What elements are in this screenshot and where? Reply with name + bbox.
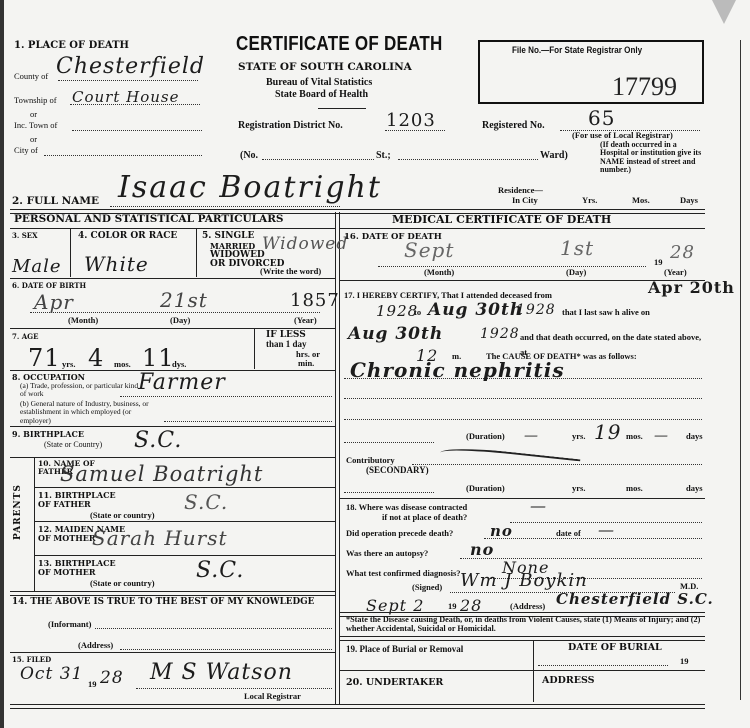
attended-from: Apr 20th bbox=[648, 278, 735, 297]
duration2-label: (Duration) bbox=[466, 484, 505, 493]
medical-section-title: MEDICAL CERTIFICATE OF DEATH bbox=[392, 214, 611, 226]
dod-year-caption: (Year) bbox=[664, 268, 687, 277]
row-rule-2 bbox=[10, 328, 335, 329]
cause-line-3 bbox=[344, 419, 702, 420]
file-number: 17799 bbox=[612, 72, 677, 102]
residence-mos: Mos. bbox=[632, 196, 650, 205]
registered-label: Registered No. bbox=[482, 120, 545, 131]
informant-line bbox=[95, 628, 332, 629]
reg-district-value: 1203 bbox=[386, 110, 436, 131]
certify-line: 17. I HEREBY CERTIFY, That I attended de… bbox=[344, 291, 552, 300]
duration-yrs-caption: yrs. bbox=[572, 432, 585, 441]
duration-prefix-line bbox=[344, 442, 434, 443]
medical-title-rule bbox=[340, 228, 705, 229]
burial-rule bbox=[340, 670, 705, 671]
birthplace-value: S.C. bbox=[134, 428, 182, 453]
min-caption: min. bbox=[298, 359, 314, 368]
operation-label: Did operation precede death? bbox=[346, 529, 453, 538]
hospital-note: (If death occurred in a Hospital or inst… bbox=[600, 141, 702, 175]
or-1: or bbox=[30, 110, 37, 119]
registrar-signature: M S Watson bbox=[150, 660, 293, 685]
q18-label-1: 18. Where was disease contracted bbox=[346, 503, 467, 512]
sign-year-prefix: 19 bbox=[448, 602, 457, 611]
residence-label: Residence— bbox=[498, 186, 543, 195]
duration-days-caption: days bbox=[686, 432, 703, 441]
age-yrs-caption: yrs. bbox=[62, 360, 75, 369]
dob-label: 6. DATE OF BIRTH bbox=[12, 282, 86, 290]
dod-line bbox=[378, 266, 646, 267]
residence-days: Days bbox=[680, 196, 698, 205]
occupation-value: Farmer bbox=[138, 370, 226, 395]
city-label: City of bbox=[14, 146, 38, 155]
father-name-value: Samuel Boatright bbox=[60, 462, 263, 486]
registrar-caption: Local Registrar bbox=[244, 692, 301, 701]
dob-day-caption: (Day) bbox=[170, 316, 190, 325]
medical-rule-4 bbox=[340, 636, 705, 641]
registered-note: (For use of Local Registrar) bbox=[572, 131, 673, 140]
in-city-label: In City bbox=[512, 196, 538, 205]
street-no-line bbox=[262, 159, 374, 160]
duration2-mos-caption: mos. bbox=[626, 484, 643, 493]
duration-mos: 19 bbox=[594, 420, 621, 444]
city-line bbox=[44, 155, 202, 156]
county-value: Chesterfield bbox=[56, 54, 205, 79]
dod-year: 28 bbox=[670, 242, 695, 263]
street-no-label: (No. bbox=[240, 150, 258, 161]
county-label: County of bbox=[14, 72, 48, 81]
marital-value: Widowed bbox=[262, 234, 348, 254]
last-saw-date: Aug 30th bbox=[348, 324, 443, 344]
duration2-yrs-caption: yrs. bbox=[572, 484, 585, 493]
mother-birthplace-value: S.C. bbox=[196, 558, 244, 583]
sign-address-label: (Address) bbox=[510, 602, 545, 611]
parents-label: PARENTS bbox=[14, 484, 24, 540]
race-divider bbox=[196, 229, 197, 277]
state-title: STATE OF SOUTH CAROLINA bbox=[238, 62, 412, 74]
marital-note: (Write the word) bbox=[260, 267, 321, 276]
age-mos-caption: mos. bbox=[114, 360, 131, 369]
autopsy-label: Was there an autopsy? bbox=[346, 549, 428, 558]
parents-divider bbox=[34, 458, 35, 592]
age-days: 11 bbox=[142, 344, 175, 372]
inc-town-label: Inc. Town of bbox=[14, 121, 57, 130]
attended-to-year: 1928 bbox=[516, 302, 556, 318]
bottom-rule-left bbox=[10, 704, 340, 709]
duration2-days-caption: days bbox=[686, 484, 703, 493]
burial-date-label: DATE OF BURIAL bbox=[568, 643, 662, 653]
autopsy-value: no bbox=[470, 540, 494, 559]
dob-year-caption: (Year) bbox=[294, 316, 317, 325]
sex-divider bbox=[70, 229, 71, 277]
dod-month-caption: (Month) bbox=[424, 268, 454, 277]
mother-birthplace-caption: (State or country) bbox=[90, 579, 155, 588]
medical-rule-2 bbox=[340, 498, 705, 499]
burial-year-prefix: 19 bbox=[680, 657, 689, 666]
sign-address-value: Chesterfield S.C. bbox=[556, 590, 714, 608]
dob-day: 21st bbox=[160, 288, 208, 312]
inc-town-line bbox=[72, 130, 202, 131]
certificate-title: CERTIFICATE OF DEATH bbox=[236, 33, 443, 56]
sex-label: 3. SEX bbox=[12, 232, 38, 240]
dod-month: Sept bbox=[404, 238, 454, 262]
row-rule-9 bbox=[10, 591, 335, 596]
mother-birthplace-label: 13. BIRTHPLACE OF MOTHER bbox=[38, 559, 128, 577]
mother-name-value: Sarah Hurst bbox=[92, 526, 228, 550]
board-title: State Board of Health bbox=[275, 89, 368, 100]
row-rule-6 bbox=[34, 487, 335, 488]
burial-divider bbox=[533, 640, 534, 702]
informant-label: (Informant) bbox=[48, 620, 91, 629]
attended-to: Aug 30th bbox=[428, 300, 523, 320]
signed-value: Wm J Boykin bbox=[460, 570, 588, 591]
duration-mos-caption: mos. bbox=[626, 432, 643, 441]
burial-date-line bbox=[538, 665, 668, 666]
full-name-label: 2. FULL NAME bbox=[12, 196, 99, 208]
filed-year: 28 bbox=[100, 668, 124, 688]
duration-yrs: — bbox=[524, 428, 539, 444]
occupation-line-a bbox=[120, 396, 332, 397]
burial-place-label: 19. Place of Burial or Removal bbox=[346, 645, 463, 655]
center-divider bbox=[335, 212, 340, 704]
dob-month: Apr bbox=[34, 290, 74, 314]
scan-corner-fold bbox=[712, 0, 736, 24]
informant-address-line bbox=[120, 649, 332, 650]
age-divider bbox=[254, 329, 255, 369]
street-line bbox=[398, 159, 538, 160]
file-box-label: File No.—For State Registrar Only bbox=[512, 45, 642, 56]
operation-line bbox=[484, 538, 702, 539]
father-birthplace-value: S.C. bbox=[184, 490, 228, 514]
street-label: St.; bbox=[376, 150, 391, 161]
last-saw-year: 1928 bbox=[480, 326, 520, 342]
to-label: to bbox=[414, 308, 421, 317]
row-rule-5 bbox=[10, 457, 335, 458]
burial-address-label: ADDRESS bbox=[542, 676, 595, 686]
autopsy-line bbox=[460, 558, 702, 559]
date-of-label: date of bbox=[556, 529, 581, 538]
q18-value: — bbox=[530, 496, 547, 515]
row-rule-7 bbox=[34, 521, 335, 522]
township-label: Township of bbox=[14, 96, 57, 105]
title-rule bbox=[318, 108, 366, 109]
signed-label: (Signed) bbox=[412, 583, 442, 592]
dod-day-caption: (Day) bbox=[566, 268, 586, 277]
footnote: *State the Disease causing Death, or, in… bbox=[346, 615, 706, 634]
attended-from-year: 1928 bbox=[376, 302, 418, 320]
birthplace-caption: (State or Country) bbox=[44, 441, 102, 450]
cause-line-2 bbox=[344, 398, 702, 399]
dob-month-caption: (Month) bbox=[68, 316, 98, 325]
race-value: White bbox=[84, 252, 149, 276]
row-rule-10 bbox=[10, 652, 335, 653]
filed-date: Oct 31 bbox=[20, 664, 83, 684]
occupation-b: (b) General nature of Industry, business… bbox=[20, 400, 160, 425]
father-birthplace-caption: (State or country) bbox=[90, 511, 155, 520]
scan-edge bbox=[0, 0, 4, 728]
registrar-line bbox=[136, 688, 332, 689]
contributory-label: Contributory bbox=[346, 456, 395, 465]
row-rule-8 bbox=[34, 555, 335, 556]
test-label: What test confirmed diagnosis? bbox=[346, 569, 461, 578]
race-label: 4. COLOR OR RACE bbox=[78, 232, 177, 242]
dod-day: 1st bbox=[560, 236, 594, 260]
residence-yrs: Yrs. bbox=[582, 196, 597, 205]
right-border bbox=[740, 40, 741, 700]
secondary-label: (SECONDARY) bbox=[366, 466, 429, 476]
township-value: Court House bbox=[72, 88, 179, 106]
occupation-line-b bbox=[164, 421, 332, 422]
personal-title-rule bbox=[10, 228, 335, 229]
q18-label-2: if not at place of death? bbox=[382, 513, 467, 522]
duration-label: (Duration) bbox=[466, 432, 505, 441]
dod-year-prefix: 19 bbox=[654, 258, 663, 267]
row-rule-1 bbox=[10, 278, 335, 279]
place-of-death-label: 1. PLACE OF DEATH bbox=[14, 40, 129, 51]
personal-section-title: PERSONAL AND STATISTICAL PARTICULARS bbox=[14, 214, 284, 226]
father-birthplace-label: 11. BIRTHPLACE OF FATHER bbox=[38, 491, 128, 509]
ward-label: Ward) bbox=[540, 150, 568, 161]
sex-value: Male bbox=[12, 256, 62, 277]
dob-year: 1857 bbox=[290, 290, 340, 311]
bureau-title: Bureau of Vital Statistics bbox=[266, 77, 372, 88]
full-name-value: Isaac Boatright bbox=[118, 170, 382, 205]
age-mos: 4 bbox=[88, 344, 104, 372]
duration2-prefix-line bbox=[344, 492, 434, 493]
or-2: or bbox=[30, 135, 37, 144]
informant-address-label: (Address) bbox=[78, 641, 113, 650]
last-saw-text: that I last saw h alive on bbox=[562, 308, 650, 317]
county-line bbox=[58, 80, 198, 81]
age-label: 7. AGE bbox=[12, 333, 39, 341]
date-of-value: — bbox=[598, 520, 615, 539]
filed-label: 15. FILED bbox=[12, 656, 51, 664]
row-rule-4 bbox=[10, 426, 335, 427]
age-yrs: 71 bbox=[28, 344, 61, 372]
full-name-line bbox=[110, 206, 340, 207]
undertaker-label: 20. UNDERTAKER bbox=[346, 678, 443, 688]
reg-district-label: Registration District No. bbox=[238, 120, 343, 131]
registered-value: 65 bbox=[588, 106, 615, 130]
filed-year-prefix: 19 bbox=[88, 680, 97, 689]
cause-value: Chronic nephritis bbox=[350, 358, 565, 382]
duration-days: — bbox=[654, 428, 669, 444]
age-days-caption: dys. bbox=[172, 360, 186, 369]
birthplace-label: 9. BIRTHPLACE bbox=[12, 430, 84, 439]
bottom-rule-right bbox=[340, 704, 705, 709]
contributory-dash-mark bbox=[440, 445, 581, 476]
knowledge-label: 14. THE ABOVE IS TRUE TO THE BEST OF MY … bbox=[12, 598, 314, 608]
